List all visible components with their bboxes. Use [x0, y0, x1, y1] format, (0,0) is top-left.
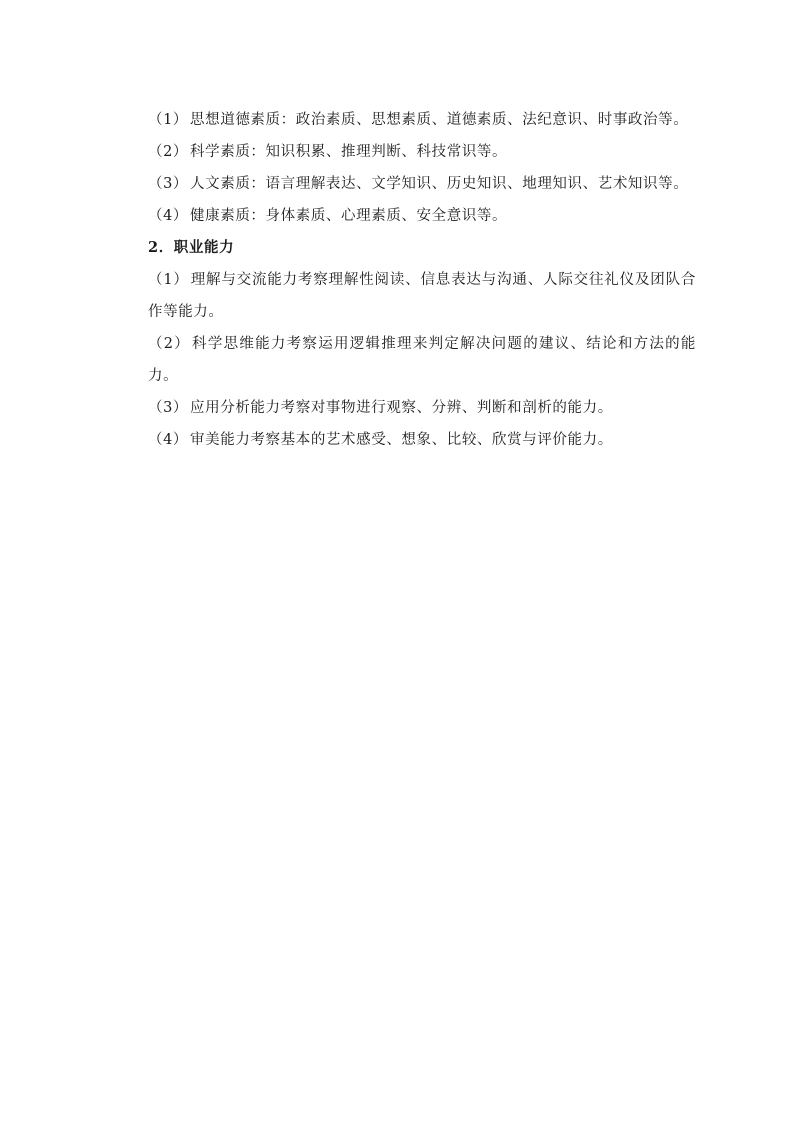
list-item-ideological-moral-quality: （1）思想道德素质：政治素质、思想素质、道德素质、法纪意识、时事政治等。 [148, 104, 696, 136]
item-text: 科学思维能力考察运用逻辑推理来判定解决问题的建议、结论和方法的能力。 [148, 336, 696, 384]
item-text: 思想道德素质：政治素质、思想素质、道德素质、法纪意识、时事政治等。 [190, 112, 688, 128]
list-item-aesthetic-ability: （4）审美能力考察基本的艺术感受、想象、比较、欣赏与评价能力。 [148, 424, 696, 456]
item-number: （2） [148, 144, 188, 160]
list-item-comprehension-communication: （1）理解与交流能力考察理解性阅读、信息表达与沟通、人际交往礼仪及团队合作等能力… [148, 264, 696, 328]
item-number: （3） [148, 400, 188, 416]
item-number: （4） [148, 208, 188, 224]
item-text: 审美能力考察基本的艺术感受、想象、比较、欣赏与评价能力。 [190, 432, 613, 448]
item-text: 健康素质：身体素质、心理素质、安全意识等。 [190, 208, 507, 224]
item-text: 科学素质：知识积累、推理判断、科技常识等。 [190, 144, 507, 160]
section-2-list: （1）理解与交流能力考察理解性阅读、信息表达与沟通、人际交往礼仪及团队合作等能力… [148, 264, 696, 456]
item-number: （3） [148, 176, 188, 192]
item-number: （2） [148, 336, 190, 352]
item-text: 应用分析能力考察对事物进行观察、分辨、判断和剖析的能力。 [190, 400, 613, 416]
list-item-applied-analysis: （3）应用分析能力考察对事物进行观察、分辨、判断和剖析的能力。 [148, 392, 696, 424]
item-number: （4） [148, 432, 188, 448]
item-text: 理解与交流能力考察理解性阅读、信息表达与沟通、人际交往礼仪及团队合作等能力。 [148, 272, 696, 320]
section-1-list: （1）思想道德素质：政治素质、思想素质、道德素质、法纪意识、时事政治等。 （2）… [148, 104, 696, 232]
list-item-humanistic-quality: （3）人文素质：语言理解表达、文学知识、历史知识、地理知识、艺术知识等。 [148, 168, 696, 200]
item-number: （1） [148, 272, 189, 288]
section-heading-professional-ability: 2．职业能力 [148, 232, 696, 264]
document-page: （1）思想道德素质：政治素质、思想素质、道德素质、法纪意识、时事政治等。 （2）… [148, 104, 696, 456]
item-text: 人文素质：语言理解表达、文学知识、历史知识、地理知识、艺术知识等。 [190, 176, 688, 192]
item-number: （1） [148, 112, 188, 128]
list-item-scientific-thinking: （2）科学思维能力考察运用逻辑推理来判定解决问题的建议、结论和方法的能力。 [148, 328, 696, 392]
list-item-health-quality: （4）健康素质：身体素质、心理素质、安全意识等。 [148, 200, 696, 232]
list-item-scientific-quality: （2）科学素质：知识积累、推理判断、科技常识等。 [148, 136, 696, 168]
